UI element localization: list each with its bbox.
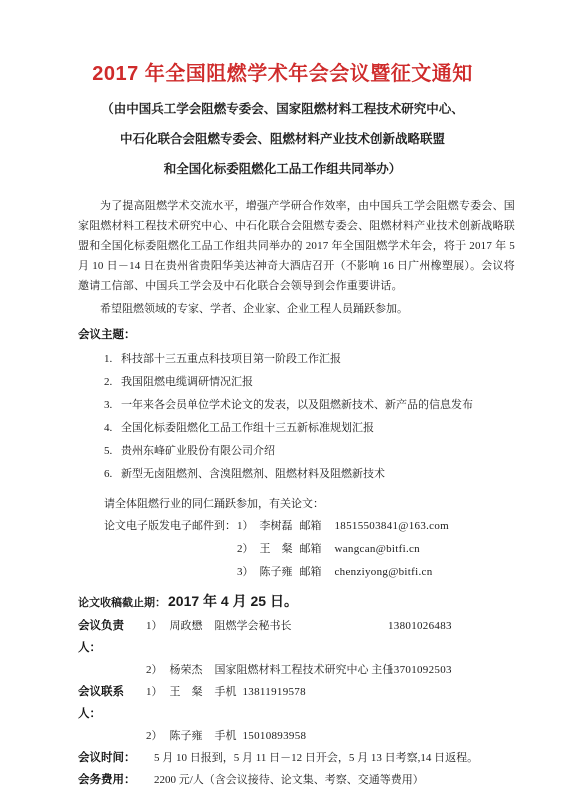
leader-phone: 13801026483 [388, 615, 452, 637]
recipient-name: 李树磊 [260, 520, 293, 532]
organizers-line-3: 和全国化标委阻燃化工品工作组共同举办） [0, 154, 565, 184]
leaders-row: 会议负责人： 1）周政懋阻燃学会秘书长 13801026483 [78, 615, 515, 659]
topic-text: 贵州东峰矿业股份有限公司介绍 [121, 440, 275, 463]
topic-item: 6. 新型无卤阻燃剂、含溴阻燃剂、阻燃材料及阻燃新技术 [78, 463, 515, 486]
liaisons-label-spacer [78, 725, 146, 747]
fee-row: 会务费用： 2200 元/人（含会议接待、论文集、考察、交通等费用） [78, 769, 515, 791]
call-for-papers-line: 请全体阻燃行业的同仁踊跃参加，有关论文： [78, 493, 515, 515]
recipient-mail-label: 邮箱 [300, 543, 322, 555]
topic-number: 3. [104, 394, 121, 417]
liaison-number: 2） [146, 725, 163, 747]
topic-text: 全国化标委阻燃化工品工作组十三五新标准规划汇报 [121, 417, 374, 440]
liaisons-row: 会议联系人： 1）王 粲手机13811919578 [78, 681, 515, 725]
liaison-phone: 13811919578 [243, 681, 306, 725]
topic-item: 4. 全国化标委阻燃化工品工作组十三五新标准规划汇报 [78, 417, 515, 440]
leader-name: 周政懋 [170, 615, 203, 659]
organizers-line-1: （由中国兵工学会阻燃专委会、国家阻燃材料工程技术研究中心、 [0, 94, 565, 124]
leader-title: 阻燃学会秘书长 [215, 615, 292, 659]
recipient-entry: 3）陈子雍邮箱chenziyong@bitfi.cn [237, 561, 433, 584]
time-value: 5 月 10 日报到，5 月 11 日－12 日开会，5 月 13 日考察,14… [146, 747, 478, 769]
liaison-name: 王 粲 [170, 681, 203, 725]
topic-number: 4. [104, 417, 121, 440]
topic-number: 6. [104, 463, 121, 486]
liaisons-label: 会议联系人： [78, 681, 146, 725]
recipient-number: 1） [237, 520, 254, 532]
recipient-mail-label: 邮箱 [300, 520, 322, 532]
recipient-number: 2） [237, 543, 254, 555]
deadline-label: 论文收稿截止期： [78, 597, 166, 609]
organizers-line-2: 中石化联合会阻燃专委会、阻燃材料产业技术创新战略联盟 [0, 124, 565, 154]
liaison-mobile-label: 手机 [215, 725, 237, 747]
recipient-entry: 2）王 粲邮箱wangcan@bitfi.cn [237, 538, 420, 561]
topic-number: 5. [104, 440, 121, 463]
topic-item: 2. 我国阻燃电缆调研情况汇报 [78, 371, 515, 394]
time-label: 会议时间： [78, 747, 146, 769]
liaison-name: 陈子雍 [170, 725, 203, 747]
topic-number: 2. [104, 371, 121, 394]
liaisons-row: 2）陈子雍手机15010893958 [78, 725, 515, 747]
email-row: 2）王 粲邮箱wangcan@bitfi.cn [237, 538, 515, 561]
recipient-email: 18515503841@163.com [335, 520, 450, 532]
email-block: 论文电子版发电子邮件到： 1）李树磊邮箱18515503841@163.com … [78, 515, 515, 584]
topic-text: 科技部十三五重点科技项目第一阶段工作汇报 [121, 348, 341, 371]
invite-line: 希望阻燃领域的专家、学者、企业家、企业工程人员踊跃参加。 [78, 299, 515, 319]
liaison-number: 1） [146, 681, 163, 725]
fee-value: 2200 元/人（含会议接待、论文集、考察、交通等费用） [146, 769, 424, 791]
leader-phone: 13701092503 [388, 659, 452, 681]
leader-title: 国家阻燃材料工程技术研究中心 主任 [215, 659, 394, 681]
leader-name: 杨荣杰 [170, 659, 203, 681]
page-title: 2017 年全国阻燃学术年会会议暨征文通知 [0, 60, 565, 88]
email-row: 论文电子版发电子邮件到： 1）李树磊邮箱18515503841@163.com [104, 515, 515, 538]
leader-number: 1） [146, 615, 163, 659]
document-page: 2017 年全国阻燃学术年会会议暨征文通知 （由中国兵工学会阻燃专委会、国家阻燃… [0, 0, 565, 800]
liaison-phone: 15010893958 [243, 725, 307, 747]
deadline-date: 2017 年 4 月 25 日。 [168, 593, 298, 609]
recipient-mail-label: 邮箱 [300, 566, 322, 578]
topic-item: 5. 贵州东峰矿业股份有限公司介绍 [78, 440, 515, 463]
intro-paragraph: 为了提高阻燃学术交流水平，增强产学研合作效率，由中国兵工学会阻燃专委会、国家阻燃… [78, 196, 515, 296]
document-body: 为了提高阻燃学术交流水平，增强产学研合作效率，由中国兵工学会阻燃专委会、国家阻燃… [78, 196, 515, 791]
topics-heading: 会议主题： [78, 327, 515, 344]
recipient-email: wangcan@bitfi.cn [335, 543, 420, 555]
recipient-name: 王 粲 [260, 543, 293, 555]
organizers-block: （由中国兵工学会阻燃专委会、国家阻燃材料工程技术研究中心、 中石化联合会阻燃专委… [0, 94, 565, 184]
fee-label: 会务费用： [78, 769, 146, 791]
topic-number: 1. [104, 348, 121, 371]
email-submit-label: 论文电子版发电子邮件到： [104, 515, 237, 538]
liaison-mobile-label: 手机 [215, 681, 237, 725]
topic-item: 1. 科技部十三五重点科技项目第一阶段工作汇报 [78, 348, 515, 371]
recipient-entry: 1）李树磊邮箱18515503841@163.com [237, 515, 449, 538]
recipient-number: 3） [237, 566, 254, 578]
time-row: 会议时间： 5 月 10 日报到，5 月 11 日－12 日开会，5 月 13 … [78, 747, 515, 769]
deadline-row: 论文收稿截止期：2017 年 4 月 25 日。 [78, 589, 515, 615]
email-row: 3）陈子雍邮箱chenziyong@bitfi.cn [237, 561, 515, 584]
leaders-label-spacer [78, 659, 146, 681]
topic-text: 我国阻燃电缆调研情况汇报 [121, 371, 253, 394]
leaders-row: 2）杨荣杰国家阻燃材料工程技术研究中心 主任 13701092503 [78, 659, 515, 681]
recipient-name: 陈子雍 [260, 566, 293, 578]
leader-number: 2） [146, 659, 163, 681]
topic-text: 新型无卤阻燃剂、含溴阻燃剂、阻燃材料及阻燃新技术 [121, 463, 385, 486]
topic-text: 一年来各会员单位学术论文的发表，以及阻燃新技术、新产品的信息发布 [121, 394, 473, 417]
leaders-label: 会议负责人： [78, 615, 146, 659]
recipient-email: chenziyong@bitfi.cn [335, 566, 433, 578]
topic-item: 3. 一年来各会员单位学术论文的发表，以及阻燃新技术、新产品的信息发布 [78, 394, 515, 417]
